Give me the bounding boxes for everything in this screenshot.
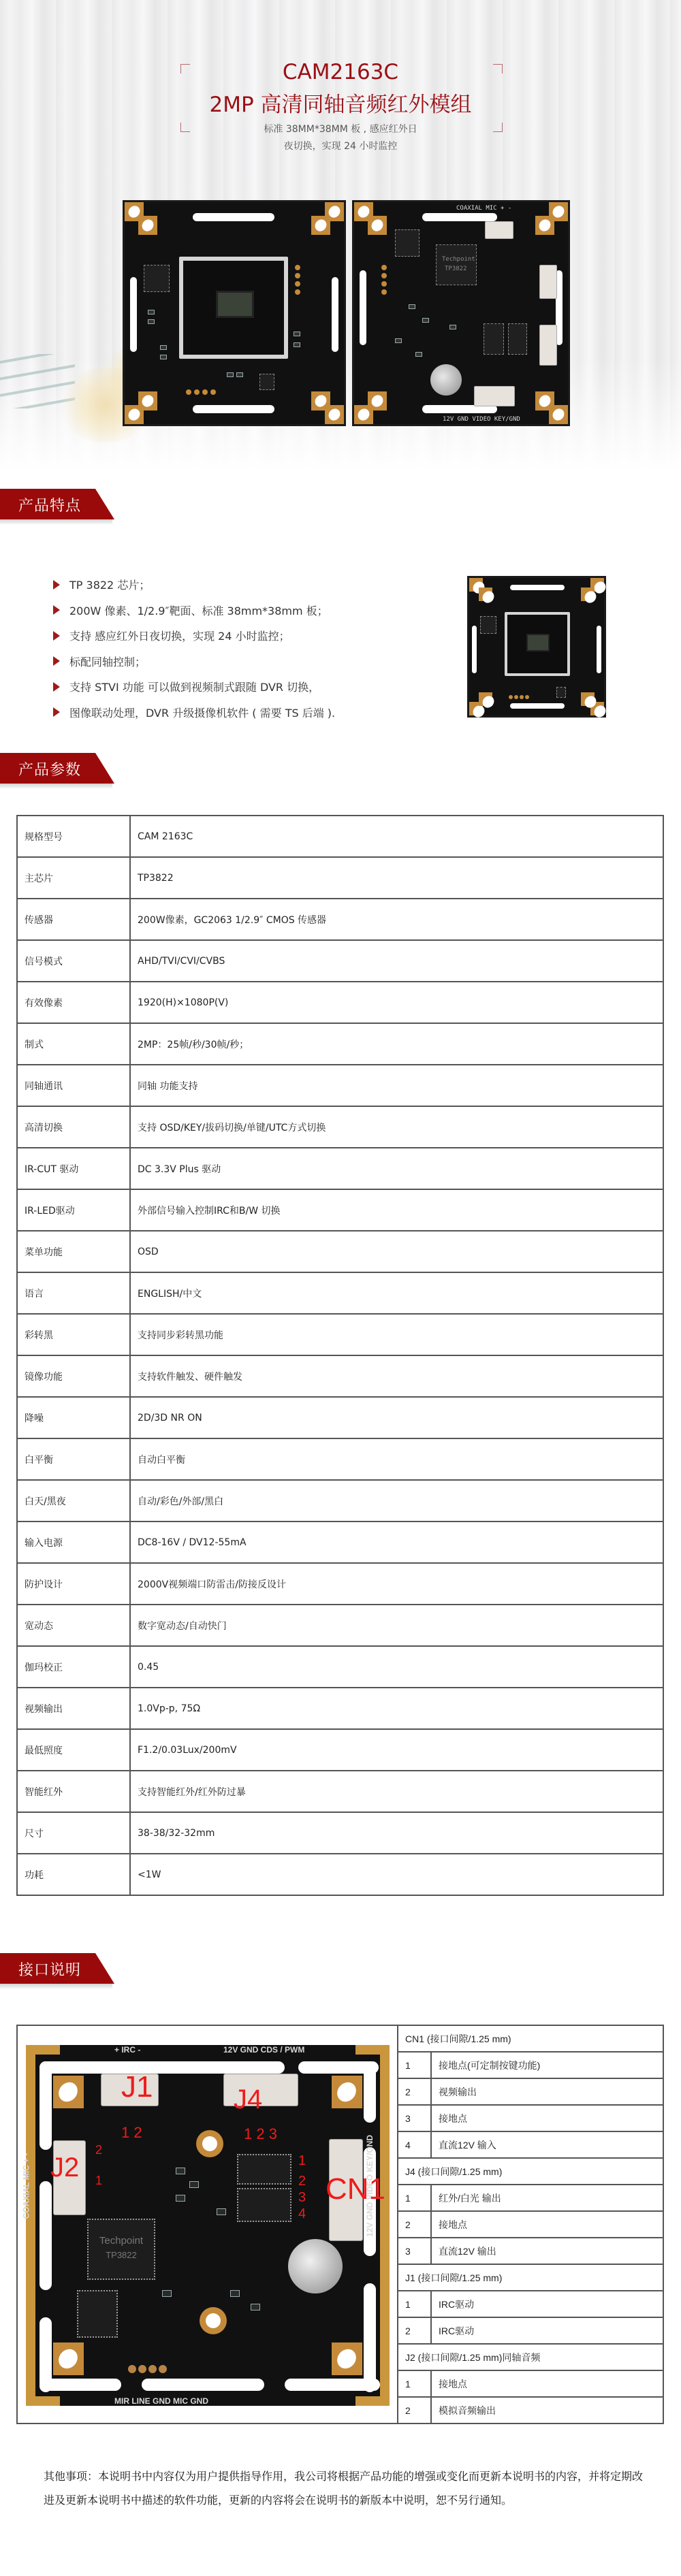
spec-value: DC8-16V / DV12-55mA — [130, 1522, 663, 1563]
spec-key: 视频输出 — [17, 1688, 130, 1729]
main-chip: Techpoint TP3822 — [436, 244, 477, 285]
pin-number: 1 — [398, 2370, 431, 2397]
arrow-bullet-icon — [53, 656, 60, 666]
spec-key: 镜像功能 — [17, 1355, 130, 1397]
spec-row: 高清切换支持 OSD/KEY/拔码切换/单键/UTC方式切换 — [17, 1106, 663, 1148]
pcb-back-image: COAXIAL MIC + - 12V GND VIDEO KEY/GND Te… — [352, 200, 570, 426]
feature-item: TP 3822 芯片； — [53, 572, 434, 598]
silkscreen-mir-line-mic: MIR LINE GND MIC GND — [114, 2396, 208, 2406]
product-name-title: 2MP 高清同轴音频红外模组 — [0, 87, 681, 118]
label-j2-pin-1: 1 — [95, 2174, 102, 2187]
spec-value: 同轴 功能支持 — [130, 1065, 663, 1106]
board-slot — [193, 213, 274, 221]
spec-value: 数字宽动态/自动快门 — [130, 1605, 663, 1646]
spec-key: 输入电源 — [17, 1522, 130, 1563]
spec-row: 主芯片TP3822 — [17, 857, 663, 899]
spec-key: 伽玛校正 — [17, 1646, 130, 1688]
feature-item: 200W 像素、1/2.9″靶面、标准 38mm*38mm 板； — [53, 598, 434, 624]
spec-value: 支持智能红外/红外防过暴 — [130, 1771, 663, 1812]
spec-row: IR-LED驱动外部信号输入控制IRC和B/W 切换 — [17, 1189, 663, 1231]
pin-description: 直流12V 输出 — [431, 2238, 663, 2264]
connector — [539, 265, 557, 299]
spec-key: 白平衡 — [17, 1438, 130, 1480]
spec-key: IR-CUT 驱动 — [17, 1148, 130, 1189]
section-header-interface: 接口说明 — [0, 1953, 116, 1984]
pin-number: 2 — [398, 2397, 431, 2424]
spec-value: 0.45 — [130, 1646, 663, 1688]
disclaimer-note: 其他事项：本说明书中内容仅为用户提供指导作用，我公司将根据产品功能的增强或变化而… — [44, 2464, 650, 2512]
spec-row: 白平衡自动白平衡 — [17, 1438, 663, 1480]
mount-hole — [138, 391, 157, 410]
spec-row: 信号模式AHD/TVI/CVI/CVBS — [17, 940, 663, 982]
spec-row: 传感器200W像素，GC2063 1/2.9″ CMOS 传感器 — [17, 899, 663, 940]
spec-key: 高清切换 — [17, 1106, 130, 1148]
pin-number: 3 — [398, 2105, 431, 2131]
spec-row: 语言ENGLISH/中文 — [17, 1272, 663, 1314]
spec-key: 信号模式 — [17, 940, 130, 982]
spec-value: 2D/3D NR ON — [130, 1397, 663, 1438]
pin-description: 接地点 — [431, 2105, 663, 2131]
pcb-front-image — [123, 200, 346, 426]
label-cn1-pin-1: 1 — [298, 2154, 306, 2168]
spec-value: <1W — [130, 1854, 663, 1895]
interface-image-cell: + IRC - 12V GND CDS / PWM COAXIAL MIC + … — [17, 2025, 398, 2424]
pin-number: 2 — [398, 2317, 431, 2344]
spec-row: 功耗<1W — [17, 1854, 663, 1895]
spec-key: 彩转黑 — [17, 1314, 130, 1355]
spec-value: 支持软件触发、硬件触发 — [130, 1355, 663, 1397]
label-j1: J1 — [121, 2072, 153, 2102]
arrow-bullet-icon — [53, 682, 60, 692]
spec-value: 自动/彩色/外部/黑白 — [130, 1480, 663, 1522]
pin-number: 1 — [398, 2185, 431, 2211]
pin-number: 3 — [398, 2238, 431, 2264]
spec-value: AHD/TVI/CVI/CVBS — [130, 940, 663, 982]
pin-description: 接地点 — [431, 2211, 663, 2238]
label-cn1-pin-3: 3 — [298, 2191, 306, 2204]
spec-table: 规格型号CAM 2163C主芯片TP3822传感器200W像素，GC2063 1… — [16, 815, 664, 1896]
mount-hole — [311, 216, 330, 235]
spec-key: 最低照度 — [17, 1729, 130, 1771]
spec-key: 白天/黑夜 — [17, 1480, 130, 1522]
spec-row: 尺寸38-38/32-32mm — [17, 1812, 663, 1854]
inductor — [259, 374, 274, 390]
pin-description: 接地点 — [431, 2370, 663, 2397]
feature-item: 支持 感应红外日夜切换，实现 24 小时监控； — [53, 623, 434, 649]
flash-chip — [77, 2290, 118, 2338]
spec-row: 镜像功能支持软件触发、硬件触发 — [17, 1355, 663, 1397]
spec-row: 有效像素1920(H)×1080P(V) — [17, 982, 663, 1023]
spec-key: 宽动态 — [17, 1605, 130, 1646]
spec-row: 防护设计2000V视频端口防雷击/防接反设计 — [17, 1563, 663, 1605]
interface-group-title: CN1 (接口间隙/1.25 mm) — [398, 2025, 663, 2052]
spec-value: TP3822 — [130, 857, 663, 899]
spec-key: IR-LED驱动 — [17, 1189, 130, 1231]
spec-row: 智能红外支持智能红外/红外防过暴 — [17, 1771, 663, 1812]
spec-value: 支持 OSD/KEY/拔码切换/单键/UTC方式切换 — [130, 1106, 663, 1148]
mount-hole — [138, 216, 157, 235]
spec-key: 语言 — [17, 1272, 130, 1314]
silkscreen-coaxial-mic: COAXIAL MIC + - — [21, 2153, 31, 2219]
spec-key: 同轴通讯 — [17, 1065, 130, 1106]
spec-key: 尺寸 — [17, 1812, 130, 1854]
spec-row: 最低照度F1.2/0.03Lux/200mV — [17, 1729, 663, 1771]
spec-row: 规格型号CAM 2163C — [17, 816, 663, 857]
label-cn1-pin-4: 4 — [298, 2207, 306, 2221]
pin-description: 接地点(可定制按键功能) — [431, 2052, 663, 2078]
spec-key: 主芯片 — [17, 857, 130, 899]
spec-value: 支持同步彩转黑功能 — [130, 1314, 663, 1355]
arrow-bullet-icon — [53, 707, 60, 717]
pin-description: 红外/白光 输出 — [431, 2185, 663, 2211]
diode — [237, 2188, 291, 2222]
board-slot — [130, 277, 137, 352]
spec-key: 有效像素 — [17, 982, 130, 1023]
spec-value: 1920(H)×1080P(V) — [130, 982, 663, 1023]
pin-number: 2 — [398, 2078, 431, 2105]
interface-group-row: + IRC - 12V GND CDS / PWM COAXIAL MIC + … — [17, 2025, 663, 2052]
spec-row: 降噪2D/3D NR ON — [17, 1397, 663, 1438]
silkscreen-irc: + IRC - — [114, 2045, 140, 2055]
spec-value: 1.0Vp-p, 75Ω — [130, 1688, 663, 1729]
feature-item: 支持 STVI 功能 可以做到视频制式跟随 DVR 切换， — [53, 674, 434, 700]
section-title: 接口说明 — [18, 1959, 81, 1980]
pcb-interface-diagram: + IRC - 12V GND CDS / PWM COAXIAL MIC + … — [26, 2045, 390, 2406]
eeprom-chip — [144, 265, 170, 292]
silkscreen-power-video: 12V GND VIDEO KEY/GND — [443, 416, 520, 423]
pin-number: 4 — [398, 2131, 431, 2158]
product-model-title: CAM2163C — [0, 60, 681, 84]
spec-row: 制式2MP：25帧/秒/30帧/秒； — [17, 1023, 663, 1065]
section-header-features: 产品特点 — [0, 489, 116, 519]
pin-description: 直流12V 输入 — [431, 2131, 663, 2158]
pin-description: 视频输出 — [431, 2078, 663, 2105]
capacitor — [430, 364, 462, 396]
pcb-front-thumbnail — [467, 576, 606, 718]
label-j2-pin-2: 2 — [95, 2144, 102, 2156]
pin-number: 2 — [398, 2211, 431, 2238]
board-slot — [193, 405, 274, 413]
spec-value: ENGLISH/中文 — [130, 1272, 663, 1314]
spec-value: 外部信号输入控制IRC和B/W 切换 — [130, 1189, 663, 1231]
spec-row: 输入电源DC8-16V / DV12-55mA — [17, 1522, 663, 1563]
spec-value: 自动白平衡 — [130, 1438, 663, 1480]
feature-item: 图像联动处理，DVR 升级摄像机软件 ( 需要 TS 后端 ). — [53, 700, 434, 726]
spec-key: 降噪 — [17, 1397, 130, 1438]
spec-row: 伽玛校正0.45 — [17, 1646, 663, 1688]
label-cn1-pin-2: 2 — [298, 2174, 306, 2188]
diode — [484, 323, 504, 355]
spec-key: 功耗 — [17, 1854, 130, 1895]
spec-key: 智能红外 — [17, 1771, 130, 1812]
spec-value: 200W像素，GC2063 1/2.9″ CMOS 传感器 — [130, 899, 663, 940]
pin-description: IRC驱动 — [431, 2317, 663, 2344]
diode — [237, 2154, 291, 2185]
pin-description: IRC驱动 — [431, 2291, 663, 2317]
pin-description: 模拟音频输出 — [431, 2397, 663, 2424]
spec-row: 彩转黑支持同步彩转黑功能 — [17, 1314, 663, 1355]
connector — [539, 325, 557, 366]
pin-number: 1 — [398, 2052, 431, 2078]
hero-banner: CAM2163C 2MP 高清同轴音频红外模组 标准 38MM*38MM 板 ,… — [0, 0, 681, 477]
spec-value: F1.2/0.03Lux/200mV — [130, 1729, 663, 1771]
connector — [485, 221, 513, 239]
hero-subtitle-line-2: 夜切换，实现 24 小时监控 — [0, 138, 681, 155]
spec-value: CAM 2163C — [130, 816, 663, 857]
spec-key: 菜单功能 — [17, 1231, 130, 1272]
label-j1-pins: 1 2 — [121, 2125, 142, 2140]
arrow-bullet-icon — [53, 631, 60, 641]
section-title: 产品特点 — [18, 494, 81, 515]
hero-subtitle-line-1: 标准 38MM*38MM 板 , 感应红外日 — [0, 121, 681, 138]
arrow-bullet-icon — [53, 605, 60, 615]
arrow-bullet-icon — [53, 580, 60, 590]
flash-chip — [395, 229, 419, 257]
interface-table: + IRC - 12V GND CDS / PWM COAXIAL MIC + … — [16, 2025, 664, 2424]
interface-group-title: J2 (接口间隙/1.25 mm)同轴音频 — [398, 2344, 663, 2370]
spec-row: IR-CUT 驱动DC 3.3V Plus 驱动 — [17, 1148, 663, 1189]
spec-value: OSD — [130, 1231, 663, 1272]
pin-number: 1 — [398, 2291, 431, 2317]
section-header-params: 产品参数 — [0, 753, 116, 784]
spec-row: 宽动态数字宽动态/自动快门 — [17, 1605, 663, 1646]
mount-hole — [311, 391, 330, 410]
image-sensor — [216, 291, 254, 318]
diode — [508, 323, 527, 355]
main-chip: Techpoint TP3822 — [87, 2219, 155, 2280]
section-title: 产品参数 — [18, 758, 81, 779]
spec-key: 制式 — [17, 1023, 130, 1065]
interface-group-title: J4 (接口间隙/1.25 mm) — [398, 2158, 663, 2185]
spec-row: 菜单功能OSD — [17, 1231, 663, 1272]
label-cn1: CN1 — [326, 2174, 385, 2204]
label-j4-pins: 1 2 3 — [244, 2127, 277, 2142]
interface-group-title: J1 (接口间隙/1.25 mm) — [398, 2264, 663, 2291]
spec-key: 传感器 — [17, 899, 130, 940]
silkscreen-12v-cds: 12V GND CDS / PWM — [223, 2045, 304, 2055]
board-slot — [332, 277, 338, 352]
feature-item: 标配同轴控制； — [53, 649, 434, 675]
spec-row: 白天/黑夜自动/彩色/外部/黑白 — [17, 1480, 663, 1522]
spec-row: 同轴通讯同轴 功能支持 — [17, 1065, 663, 1106]
silkscreen-coaxial-mic: COAXIAL MIC + - — [456, 205, 511, 212]
spec-value: 2MP：25帧/秒/30帧/秒； — [130, 1023, 663, 1065]
spec-value: 2000V视频端口防雷击/防接反设计 — [130, 1563, 663, 1605]
label-j4: J4 — [234, 2086, 262, 2113]
label-j2: J2 — [50, 2154, 79, 2181]
capacitor — [288, 2239, 343, 2293]
spec-key: 防护设计 — [17, 1563, 130, 1605]
spec-key: 规格型号 — [17, 816, 130, 857]
spec-row: 视频输出1.0Vp-p, 75Ω — [17, 1688, 663, 1729]
spec-value: 38-38/32-32mm — [130, 1812, 663, 1854]
connector — [474, 386, 515, 406]
feature-list: TP 3822 芯片； 200W 像素、1/2.9″靶面、标准 38mm*38m… — [53, 572, 434, 725]
spec-value: DC 3.3V Plus 驱动 — [130, 1148, 663, 1189]
